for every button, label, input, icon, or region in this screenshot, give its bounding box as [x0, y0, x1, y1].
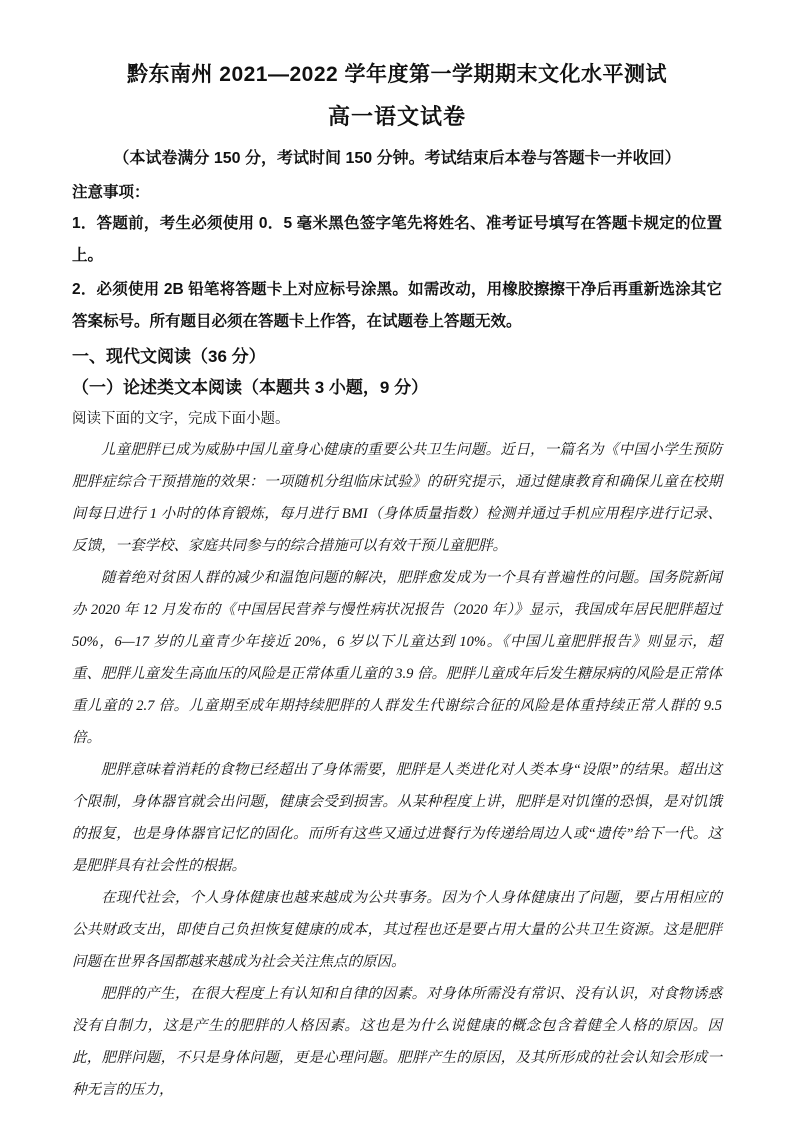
subsection-heading-argumentative-text: （一）论述类文本阅读（本题共 3 小题，9 分） [72, 372, 722, 404]
note-item-2: 2．必须使用 2B 铅笔将答题卡上对应标号涂黑。如需改动，用橡胶擦擦干净后再重新… [72, 274, 722, 338]
exam-paper-page: 黔东南州 2021—2022 学年度第一学期期末文化水平测试 高一语文试卷 （本… [0, 0, 794, 1122]
reading-instruction: 阅读下面的文字，完成下面小题。 [72, 404, 722, 434]
passage-paragraph-4: 在现代社会，个人身体健康也越来越成为公共事务。因为个人身体健康出了问题，要占用相… [72, 882, 722, 978]
reading-passage: 儿童肥胖已成为威胁中国儿童身心健康的重要公共卫生问题。近日，一篇名为《中国小学生… [72, 434, 722, 1106]
note-item-1: 1．答题前，考生必须使用 0．5 毫米黑色签字笔先将姓名、准考证号填写在答题卡规… [72, 208, 722, 272]
notes-heading: 注意事项： [72, 178, 722, 208]
passage-paragraph-1: 儿童肥胖已成为威胁中国儿童身心健康的重要公共卫生问题。近日，一篇名为《中国小学生… [72, 434, 722, 562]
paper-name: 高一语文试卷 [72, 102, 722, 132]
passage-paragraph-3: 肥胖意味着消耗的食物已经超出了身体需要，肥胖是人类进化对人类本身“设限”的结果。… [72, 754, 722, 882]
exam-title: 黔东南州 2021—2022 学年度第一学期期末文化水平测试 [72, 60, 722, 90]
exam-info-line: （本试卷满分 150 分，考试时间 150 分钟。考试结束后本卷与答题卡一并收回… [72, 146, 722, 172]
passage-paragraph-5: 肥胖的产生，在很大程度上有认知和自律的因素。对身体所需没有常识、没有认识，对食物… [72, 978, 722, 1106]
passage-paragraph-2: 随着绝对贫困人群的减少和温饱问题的解决，肥胖愈发成为一个具有普遍性的问题。国务院… [72, 562, 722, 754]
section-heading-modern-reading: 一、现代文阅读（36 分） [72, 342, 722, 372]
